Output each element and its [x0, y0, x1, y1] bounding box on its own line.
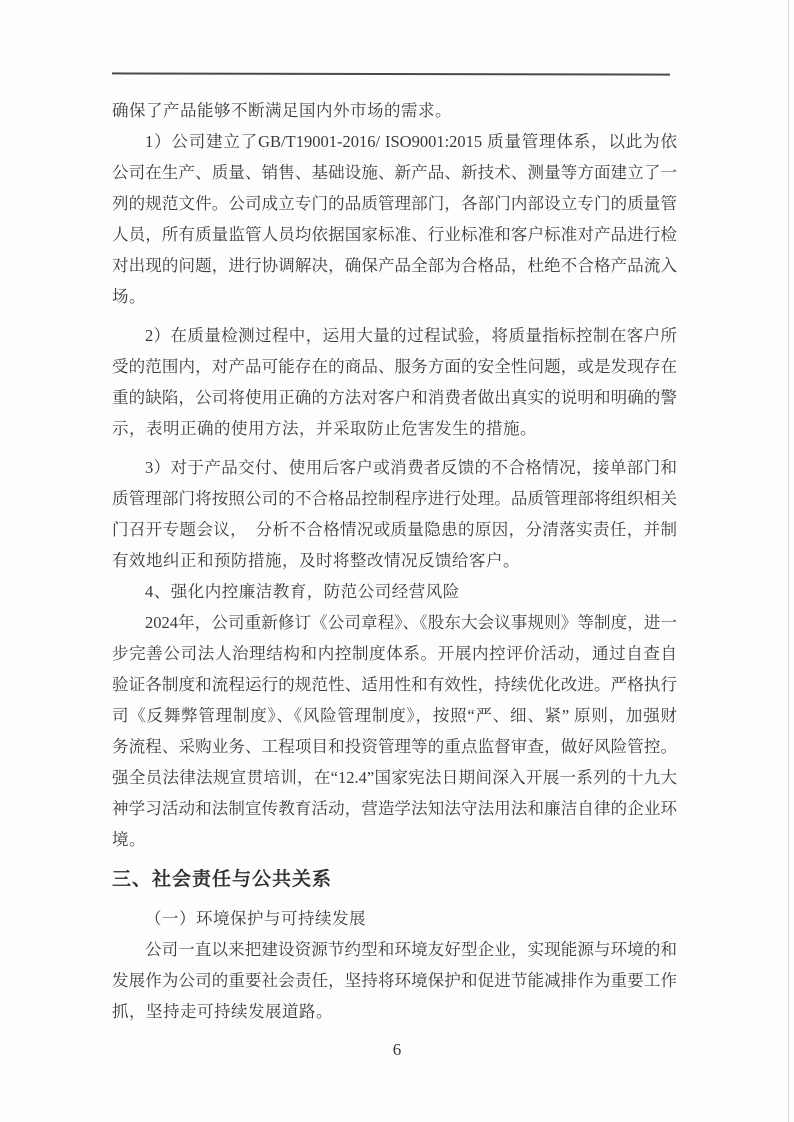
text-line: 对出现的问题，进行协调解决，确保产品全部为合格品，杜绝不合格产品流入市	[112, 250, 677, 281]
text-line: 境。	[112, 824, 677, 855]
header-rule	[112, 72, 670, 75]
text-line: 1）公司建立了GB/T19001-2016/ ISO9001:2015 质量管理…	[112, 126, 677, 157]
text-line: 3）对于产品交付、使用后客户或消费者反馈的不合格情况，接单部门和品	[112, 452, 677, 483]
text-line: 门召开专题会议， 分析不合格情况或质量隐患的原因，分清落实责任，并制定	[112, 514, 677, 545]
list-heading-line: 4、强化内控廉洁教育，防范公司经营风险	[112, 576, 677, 607]
text-line: 示，表明正确的使用方法，并采取防止危害发生的措施。	[112, 413, 677, 444]
text-line: 重的缺陷，公司将使用正确的方法对客户和消费者做出真实的说明和明确的警	[112, 382, 677, 413]
text-line: 公司一直以来把建设资源节约型和环境友好型企业，实现能源与环境的和谐	[112, 934, 677, 965]
text-line: 发展作为公司的重要社会责任，坚持将环境保护和促进节能减排作为重要工作来	[112, 965, 677, 996]
text-line: 质管理部门将按照公司的不合格品控制程序进行处理。品质管理部将组织相关部	[112, 483, 677, 514]
text-line: 列的规范文件。公司成立专门的品质管理部门，各部门内部设立专门的质量管理	[112, 188, 677, 219]
document-body: 确保了产品能够不断满足国内外市场的需求。1）公司建立了GB/T19001-201…	[112, 95, 677, 1027]
text-line: 步完善公司法人治理结构和内控制度体系。开展内控评价活动，通过自查自纠，	[112, 638, 677, 669]
document-page: 确保了产品能够不断满足国内外市场的需求。1）公司建立了GB/T19001-201…	[0, 0, 794, 1122]
text-line: 人员，所有质量监管人员均依据国家标准、行业标准和客户标准对产品进行检验，	[112, 219, 677, 250]
scan-edge-line	[788, 0, 789, 1122]
text-line: 司《反舞弊管理制度》、《风险管理制度》，按照“严、细、紧” 原则，加强财	[112, 700, 677, 731]
text-line: 强全员法律法规宣贯培训，在“12.4”国家宪法日期间深入开展一系列的十九大精	[112, 762, 677, 793]
text-line: 抓，坚持走可持续发展道路。	[112, 996, 677, 1027]
text-line: 场。	[112, 281, 677, 312]
page-number: 6	[0, 1040, 794, 1060]
text-line: 验证各制度和流程运行的规范性、适用性和有效性，持续优化改进。严格执行公	[112, 669, 677, 700]
section-heading: 三、社会责任与公共关系	[112, 861, 677, 899]
text-line: 公司在生产、质量、销售、基础设施、新产品、新技术、测量等方面建立了一系	[112, 157, 677, 188]
text-line: 有效地纠正和预防措施，及时将整改情况反馈给客户。	[112, 545, 677, 576]
text-line: 2024年，公司重新修订《公司章程》、《股东大会议事规则》等制度，进一	[112, 607, 677, 638]
paragraph-tail-line: 确保了产品能够不断满足国内外市场的需求。	[112, 95, 677, 126]
text-line: 2）在质量检测过程中，运用大量的过程试验，将质量指标控制在客户所接	[112, 320, 677, 351]
sub-section-heading: （一）环境保护与可持续发展	[112, 903, 677, 934]
text-line: 神学习活动和法制宣传教育活动，营造学法知法守法用法和廉洁自律的企业环	[112, 793, 677, 824]
text-line: 受的范围内，对产品可能存在的商品、服务方面的安全性问题，或是发现存在严	[112, 351, 677, 382]
text-line: 务流程、采购业务、工程项目和投资管理等的重点监督审查，做好风险管控。加	[112, 731, 677, 762]
